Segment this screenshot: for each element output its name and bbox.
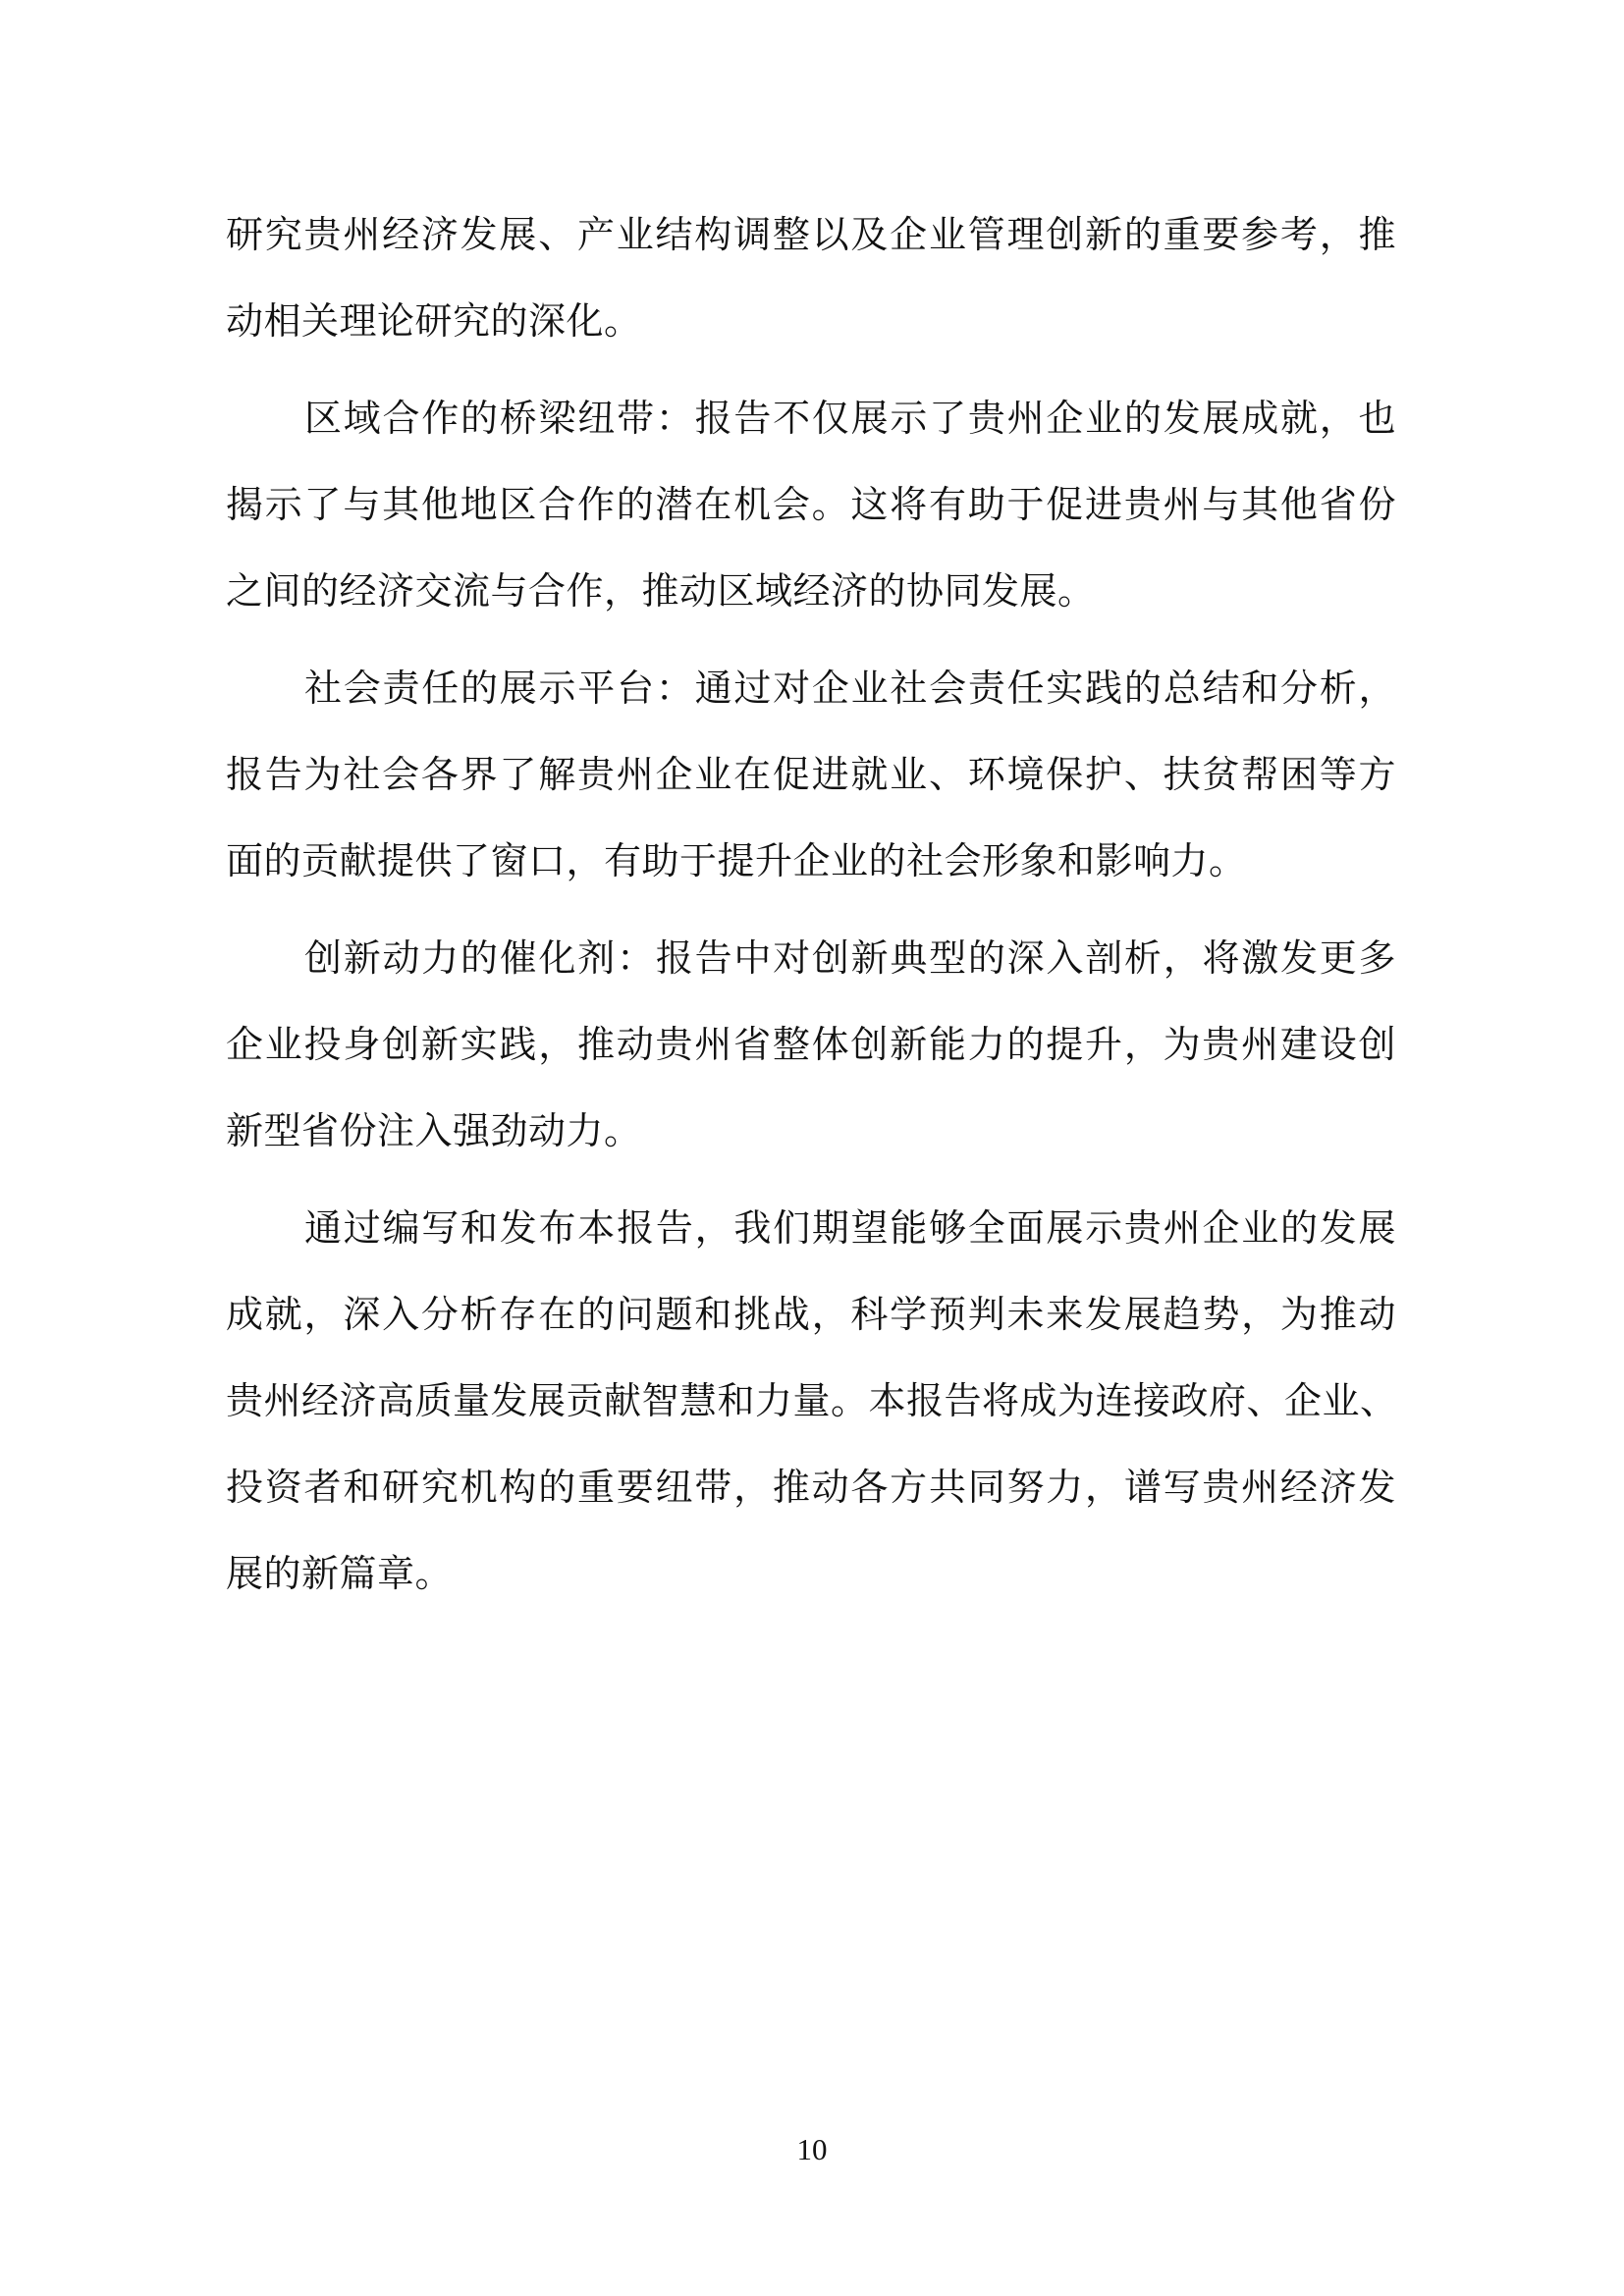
text-line: 通过编写和发布本报告，我们期望能够全面展示贵州企业的发展 [226, 1186, 1396, 1272]
text-line: 揭示了与其他地区合作的潜在机会。这将有助于促进贵州与其他省份 [226, 462, 1396, 549]
text-line: 动相关理论研究的深化。 [226, 279, 1396, 365]
text-line: 报告为社会各界了解贵州企业在促进就业、环境保护、扶贫帮困等方 [226, 732, 1396, 819]
text-line: 成就，深入分析存在的问题和挑战，科学预判未来发展趋势，为推动 [226, 1272, 1396, 1359]
text-line: 研究贵州经济发展、产业结构调整以及企业管理创新的重要参考，推 [226, 192, 1396, 279]
paragraph-3: 社会责任的展示平台：通过对企业社会责任实践的总结和分析， 报告为社会各界了解贵州… [226, 646, 1396, 905]
page-footer: 10 [0, 2130, 1624, 2169]
text-line: 贵州经济高质量发展贡献智慧和力量。本报告将成为连接政府、企业、 [226, 1359, 1396, 1445]
text-line: 创新动力的催化剂：报告中对创新典型的深入剖析，将激发更多 [226, 916, 1396, 1002]
document-page: 研究贵州经济发展、产业结构调整以及企业管理创新的重要参考，推 动相关理论研究的深… [0, 0, 1624, 2296]
text-line: 区域合作的桥梁纽带：报告不仅展示了贵州企业的发展成就，也 [226, 376, 1396, 462]
body-text: 研究贵州经济发展、产业结构调整以及企业管理创新的重要参考，推 动相关理论研究的深… [226, 192, 1396, 1629]
paragraph-1: 研究贵州经济发展、产业结构调整以及企业管理创新的重要参考，推 动相关理论研究的深… [226, 192, 1396, 365]
text-line: 面的贡献提供了窗口，有助于提升企业的社会形象和影响力。 [226, 819, 1396, 905]
text-line: 投资者和研究机构的重要纽带，推动各方共同努力，谱写贵州经济发 [226, 1445, 1396, 1531]
text-line: 企业投身创新实践，推动贵州省整体创新能力的提升，为贵州建设创 [226, 1002, 1396, 1089]
paragraph-5: 通过编写和发布本报告，我们期望能够全面展示贵州企业的发展 成就，深入分析存在的问… [226, 1186, 1396, 1618]
text-line: 社会责任的展示平台：通过对企业社会责任实践的总结和分析， [226, 646, 1396, 732]
text-line: 展的新篇章。 [226, 1531, 1396, 1618]
text-line: 新型省份注入强劲动力。 [226, 1089, 1396, 1175]
text-line: 之间的经济交流与合作，推动区域经济的协同发展。 [226, 549, 1396, 635]
paragraph-4: 创新动力的催化剂：报告中对创新典型的深入剖析，将激发更多 企业投身创新实践，推动… [226, 916, 1396, 1175]
paragraph-2: 区域合作的桥梁纽带：报告不仅展示了贵州企业的发展成就，也 揭示了与其他地区合作的… [226, 376, 1396, 635]
page-number: 10 [797, 2130, 828, 2169]
